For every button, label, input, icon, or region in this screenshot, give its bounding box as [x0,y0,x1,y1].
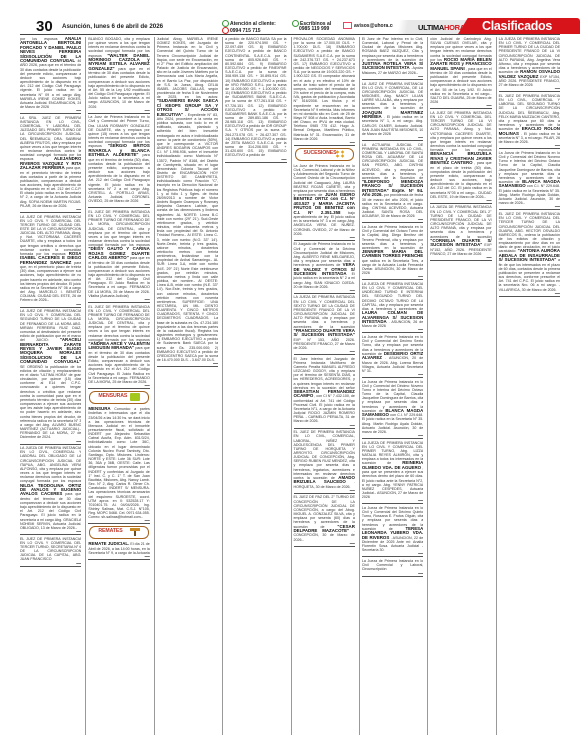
notice-text: , para que en el plazo de treinta (30) d… [430,161,491,199]
write-us-phone[interactable]: 0985 119 999 [299,26,329,32]
header-rule [20,34,560,35]
classifieds-columns: por los esposos ANALIA ANTONELLA BERTOLI… [20,37,560,735]
notice-text: El Juez de Paz Interino en lo Civil, Com… [362,37,423,62]
notice-text: LA JUEZA DE PRIMERA INSTANCIA EN LO CIVI… [362,282,423,311]
notice-code: ▬▬ [499,144,560,147]
notice-code: ▬▬ [20,440,81,443]
notice-code: ▬▬ [499,87,560,90]
notice-text: para que dentro del término de 30 días c… [20,492,81,530]
legal-notice: EL JUEZ DE PRIMERA INSTANCIA EN LO CIVIL… [20,537,81,567]
notice-text: a pedido de BANCO BASA SA por la suma de… [225,37,286,157]
notice-text: a fin de que los interesados en el plazo… [499,258,560,291]
notice-text: EL JUEZ DE PRIMERA INSTANCIA EN LO CIVIL… [499,212,560,253]
legal-notice: La Jueza de Primera Instancia en lo Civi… [499,151,560,211]
notice-code: ▬▬ [294,424,355,427]
notice-text: por providencia de fecha 30 de marzo del… [362,193,423,218]
legal-notice: La Jueza de Primera Instancia en lo Civi… [362,380,423,440]
write-us: Escribinos al 0985 119 999 [292,20,331,33]
column-8: LA JUEZA DE PRIMERA INSTANCIA EN LO CIVI… [496,37,560,735]
column-5: PROVALOR SOCIEDAD ANONIMA por la suma de… [291,37,355,735]
section-header-mensuras: MENSURAS [89,391,148,404]
notice-code: ▬▬ [430,256,491,259]
whatsapp-icon [222,20,229,27]
notice-text: 46 AÑO 2026, para que en el término de 3… [20,59,81,109]
legal-notice: EL JUEZ DE PAZ DEL 2° TURNO DE CONCEPCIÓ… [294,495,355,546]
notice-text: Comunico a partes lindeñas e interesados… [88,407,149,519]
notice-parties: REMATE JUDICIAL. [88,541,129,546]
notice-code: ▬▬ [88,298,149,301]
legal-notice: El Juez Interino del Juzgado de Primera … [294,357,355,429]
notice-code: ▬▬ [20,109,81,112]
notice-text: LA JUEZA DE PRIMERA INSTANCIA EN LO CIVI… [430,205,491,238]
notice-text: EL JUEZ DE PRIMERA INSTANCIA EN LO CIVIL… [294,430,355,480]
legal-notice: LA JUEZ DE PRIMERA INSTANCIA EN LO CIVIL… [362,82,423,142]
notice-text: LA JUEZ DE PRIMERA INSTANCIA EN LO CIVIL… [20,215,81,256]
legal-notice: REMATE JUDICIAL. El día 21 de Abril de 2… [88,542,149,560]
customer-service: Atención al cliente: 0994 715 715 [222,20,276,35]
notice-parties: "FRANCISCO DUARTE VERA S/ SUCESIÓN INTES… [294,328,355,337]
notice-parties: "CORNELIA DUARTE S/ SUCESIÓN INTESTADA" [430,238,491,247]
notice-code: ▬▬ [499,292,560,295]
legal-notice: La Jueza de Primera Instancia en lo Civi… [362,335,423,378]
notice-text: La Jueza de Primera Instancia en lo Civi… [362,225,423,250]
notice-text: para que, en el perentorio plazo de trei… [20,261,81,303]
notice-code: ▬▬ [362,373,423,376]
legal-notice: LA SRA. JUEZ DE PRIMERA INSTANCIA EN LO … [20,116,81,213]
legal-notice: LA JUEZ DE PRIMERA INSTANCIA EN LO CIVIL… [430,111,491,204]
notice-code: ▬▬ [88,555,149,558]
whatsapp-icon [292,20,299,27]
notice-code: ▬▬ [362,328,423,331]
notice-text: , para que en el término de 30 días cont… [430,67,491,105]
notice-code: ▬▬ [362,218,423,221]
notice-code: ▬▬ [88,109,149,112]
legal-notice: LA JUEZA DE PRIMERA INSTANCIA EN LO CIVI… [430,205,491,260]
notice-text: LA JUEZ DE PRIMERA INSTANCIA EN LO CIVIL… [430,111,491,152]
legal-notice: EL JUEZ DE PRIMERA INSTANCIA EN LO CIVIL… [499,94,560,149]
notice-text: , con CI N° 7.432.100, de conformidad al… [294,394,355,423]
legal-notice: ción Judicial de Canindeyú Abg. SILVIA C… [430,37,491,109]
legal-notice: El Juzgado de Primera Instancia en lo Ci… [294,242,355,293]
notice-text: para que en el término de 30 días contad… [88,256,149,298]
notice-code: ▬▬ [225,158,286,161]
notice-text: EL JUEZ DE PRIMERA INSTANCIA EN LO CIVIL… [88,210,149,247]
notice-parties: ANALIA ANTONELLA BERTOLINI FORCADO Y DAN… [20,37,81,63]
notice-text: La Jueza de Primera Instancia en lo Civi… [362,559,423,571]
notice-code: ▬▬ [294,542,355,545]
mensuras-icon [130,393,140,401]
notice-text: LA JUEZ DE PRIMERA INSTANCIA EN LO CIVIL… [362,82,423,111]
legal-notice: por los esposos ANALIA ANTONELLA BERTOLI… [20,37,81,114]
notice-text: LA JUEZA DE PRIMERA INSTANCIA EN LO CIVI… [20,446,81,483]
notice-code: ▬▬ [362,434,423,437]
column-6: El Juez de Paz Interino en lo Civil, Com… [359,37,423,735]
column-7: ción Judicial de Canindeyú Abg. SILVIA C… [427,37,491,735]
notice-code: ▬▬ [20,562,81,565]
legal-notice: La Jueza de Primera Instancia en lo Civi… [362,506,423,557]
newspaper-logo: ULTIMAHORA [418,23,465,32]
page-number: 30 [36,18,53,35]
legal-notice: La Juez de Primera Instancia en lo Civil… [294,164,355,241]
notice-parties: "ARACELI BERNARDITA ZARATE REYES Y JAVIE… [20,337,81,364]
notice-code: ▬▬ [362,572,423,575]
page-header: 30 Asunción, lunes 6 de abril de 2026 At… [0,20,580,34]
notice-code: ▬▬ [88,384,149,387]
legal-notice: El Juez de Paz Interino en lo Civil, Com… [362,37,423,80]
notice-text: PROVALOR SOCIEDAD ANONIMA por la suma de… [294,37,355,141]
notice-code: ▬▬ [362,552,423,555]
notice-code: ▬▬ [294,141,355,144]
notice-code: ▬▬ [157,362,218,365]
notice-code: ▬▬ [294,489,355,492]
notice-text: bajo apercibimiento de ley. El juicio ra… [294,211,355,236]
notice-code: ▬▬ [362,499,423,502]
remates-icon [130,528,140,536]
notice-text: LA SRA. JUEZ DE PRIMERA INSTANCIA EN LO … [20,116,81,162]
notice-code: ▬▬ [430,199,491,202]
notice-text: EL JUEZ DE PRIMERA INSTANCIA EN LO CIVIL… [20,537,81,562]
envelope-icon [343,22,352,29]
legal-notice: EL JUEZ DE PRIMERA INSTANCIA EN LO CIVIL… [88,305,149,389]
notice-parties: JENNIFER MARIA DEL CARMEN TORRES FRENCHE [362,249,423,258]
legal-notice: LA JUEZA DE PRIMERA INSTANCIA EN LO CIVI… [362,441,423,505]
sucesiones-icon [335,150,345,158]
notice-code: ▬▬ [362,75,423,78]
column-2: BLANCO BOGADO, cita y emplaza por quince… [85,37,149,735]
legal-notice: EL JUEZ DE PRIMERA INSTANCIA EN LO CIVIL… [499,212,560,297]
legal-notice: PROVALOR SOCIEDAD ANONIMA por la suma de… [294,37,355,146]
legal-notice: LA JUEZA DE PRIMERA INSTANCIA EN LO CIVI… [499,37,560,92]
legal-notice: LA JUEZ DE PRIMERA INSTANCIA EN LO CIVIL… [20,309,81,444]
notice-code: ▬▬ [20,208,81,211]
legal-notice: LA JUEZA DE PRIMERA INSTANCIA EN LO CIVI… [362,282,423,333]
section-header-sucesiones: SUCESIONES [295,148,354,161]
section-title: Clasificados [482,19,552,33]
dateline: Asunción, lunes 6 de abril de 2026 [62,23,163,30]
legal-notice: a pedido de BANCO BASA SA por la suma de… [225,37,286,163]
column-4: a pedido de BANCO BASA SA por la suma de… [222,37,286,735]
legal-notice: BLANCO BOGADO, cita y emplaza por quince… [88,37,149,114]
legal-notice: Judicial Abog. MARIELA IRENE GOMEZ KOKES… [157,37,218,367]
legal-notice: LA JUEZ DE PRIMERA INSTANCIA EN LO CIVIL… [20,215,81,308]
notice-code: ▬▬ [362,275,423,278]
notice-text: para que, en el perentorio término de tr… [20,166,81,208]
legal-notice: LA JUEZA DE PRIMERA INSTANCIA EN LO CIVI… [294,295,355,355]
notice-code: ▬▬ [88,203,149,206]
notice-code: ▬▬ [499,205,560,208]
notice-code: ▬▬ [294,236,355,239]
notice-text: SE ORDENÓ la publicación de los edictos … [20,365,81,440]
notice-code: ▬▬ [20,303,81,306]
section-header-remates: REMATES [89,526,148,539]
legal-notice: LA ACTUARIA JUDICIAL DE PRIMERA INSTANCI… [362,143,423,224]
notice-text: - Expediente N° 83, Año 2024, procederé … [157,113,218,362]
legal-notice: La Juez de Primera Instancia en lo Civil… [88,115,149,208]
legal-notice: La Jueza de Primera Instancia en lo Civi… [362,225,423,280]
notice-text: para que en el término de 30 días contad… [88,346,149,384]
legal-notice: EL JUEZ DE PRIMERA INSTANCIA EN LO CIVIL… [294,430,355,494]
notice-text: para que en el término de 30 días contad… [88,67,149,109]
notice-text: El Juez Interino del Juzgado de Primera … [294,357,355,390]
notice-text: , para que se presenten a ejercer sus de… [362,466,423,499]
notice-text: para que en el término de treinta (30) d… [88,153,149,203]
legal-notice: MENSURA Comunico a partes lindeñas e int… [88,407,149,524]
notice-text: LA ACTUARIA JUDICIAL DE PRIMERA INSTANCI… [362,143,423,180]
notice-parties: MENSURA [88,406,110,411]
column-1: por los esposos ANALIA ANTONELLA BERTOLI… [20,37,81,735]
notice-text: Judicial Abog. MARIELA IRENE GOMEZ KOKES… [157,37,218,99]
notice-code: ▬▬ [430,104,491,107]
notice-text: LA JUEZA DE PRIMERA INSTANCIA EN LO CIVI… [294,295,355,328]
notice-code: ▬▬ [294,289,355,292]
notice-code: ▬▬ [294,350,355,353]
notice-code: ▬▬ [362,136,423,139]
notice-text: que radica en la Secretaría Tres, a carg… [362,259,423,275]
notice-text: EXP N° 153, AÑO 2026. PRESIDENTE FRANCO,… [294,338,355,350]
legal-notice: EL JUEZ DE PRIMERA INSTANCIA EN LO CIVIL… [88,210,149,303]
legal-notice: LA JUEZA DE PRIMERA INSTANCIA EN LO CIVI… [20,446,81,535]
notice-code: ▬▬ [20,530,81,533]
notice-code: ▬▬ [88,519,149,522]
legal-notice: La Jueza de Primera Instancia en lo Civi… [362,559,423,576]
notice-text: EL JUEZ DE PRIMERA INSTANCIA EN LO CIVIL… [88,305,149,342]
column-3: Judicial Abog. MARIELA IRENE GOMEZ KOKES… [154,37,218,735]
section-banner: Clasificados [458,18,580,34]
